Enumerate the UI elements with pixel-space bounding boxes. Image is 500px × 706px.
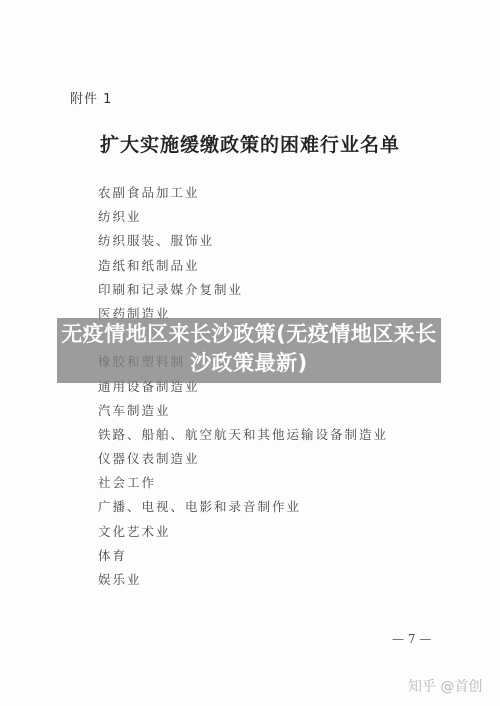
list-item: 农副食品加工业 xyxy=(98,181,388,205)
list-item: 仪器仪表制造业 xyxy=(98,447,388,471)
page-number: — 7 — xyxy=(392,632,431,646)
headline-overlay: 无疫情地区来长沙政策(无疫情地区来长沙政策最新) xyxy=(57,320,441,378)
watermark: 知乎 @首创 xyxy=(408,676,482,696)
attachment-label: 附件 1 xyxy=(70,88,112,107)
list-item: 纺织服装、服饰业 xyxy=(98,229,388,253)
list-item: 铁路、船舶、航空航天和其他运输设备制造业 xyxy=(98,423,388,447)
list-item: 广播、电视、电影和录音制作业 xyxy=(98,495,388,519)
list-item: 文化艺术业 xyxy=(98,520,388,544)
industry-list: 农副食品加工业 纺织业 纺织服装、服饰业 造纸和纸制品业 印刷和记录媒介复制业 … xyxy=(98,181,388,592)
document-title: 扩大实施缓缴政策的困难行业名单 xyxy=(0,130,500,157)
list-item: 纺织业 xyxy=(98,205,388,229)
list-item: 体育 xyxy=(98,544,388,568)
list-item: 娱乐业 xyxy=(98,568,388,592)
list-item: 汽车制造业 xyxy=(98,399,388,423)
list-item: 造纸和纸制品业 xyxy=(98,254,388,278)
list-item: 社会工作 xyxy=(98,471,388,495)
list-item: 印刷和记录媒介复制业 xyxy=(98,278,388,302)
